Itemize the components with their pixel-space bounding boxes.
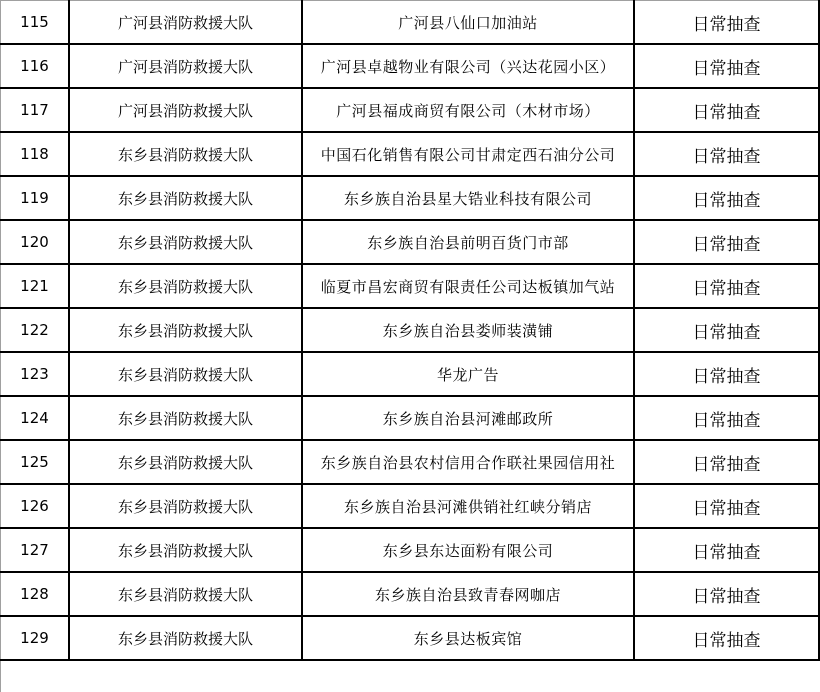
inspected-entity: 中国石化销售有限公司甘肃定西石油分公司	[302, 132, 634, 176]
brigade-unit: 东乡县消防救援大队	[69, 176, 302, 220]
inspection-type: 日常抽查	[634, 440, 819, 484]
brigade-unit: 东乡县消防救援大队	[69, 396, 302, 440]
row-number: 124	[1, 396, 70, 440]
table-row: 119 东乡县消防救援大队 东乡族自治县星大锆业科技有限公司 日常抽查	[1, 176, 820, 220]
inspected-entity: 东乡族自治县前明百货门市部	[302, 220, 634, 264]
table-row: 127 东乡县消防救援大队 东乡县东达面粉有限公司 日常抽查	[1, 528, 820, 572]
inspection-type: 日常抽查	[634, 528, 819, 572]
inspected-entity: 东乡族自治县河滩邮政所	[302, 396, 634, 440]
inspected-entity: 华龙广告	[302, 352, 634, 396]
inspected-entity: 广河县八仙口加油站	[302, 1, 634, 45]
table-row: 116 广河县消防救援大队 广河县卓越物业有限公司（兴达花园小区） 日常抽查	[1, 44, 820, 88]
inspection-type: 日常抽查	[634, 484, 819, 528]
table-row: 122 东乡县消防救援大队 东乡族自治县娄师装潢铺 日常抽查	[1, 308, 820, 352]
table-row: 128 东乡县消防救援大队 东乡族自治县致青春网咖店 日常抽查	[1, 572, 820, 616]
brigade-unit: 东乡县消防救援大队	[69, 352, 302, 396]
table-row: 118 东乡县消防救援大队 中国石化销售有限公司甘肃定西石油分公司 日常抽查	[1, 132, 820, 176]
row-number: 117	[1, 88, 70, 132]
inspection-table: 115 广河县消防救援大队 广河县八仙口加油站 日常抽查 116 广河县消防救援…	[0, 0, 820, 661]
inspection-type: 日常抽查	[634, 176, 819, 220]
brigade-unit: 东乡县消防救援大队	[69, 484, 302, 528]
table-body: 115 广河县消防救援大队 广河县八仙口加油站 日常抽查 116 广河县消防救援…	[1, 1, 820, 661]
table-row: 115 广河县消防救援大队 广河县八仙口加油站 日常抽查	[1, 1, 820, 45]
inspection-type: 日常抽查	[634, 44, 819, 88]
row-number: 125	[1, 440, 70, 484]
table-row: 120 东乡县消防救援大队 东乡族自治县前明百货门市部 日常抽查	[1, 220, 820, 264]
inspected-entity: 临夏市昌宏商贸有限责任公司达板镇加气站	[302, 264, 634, 308]
inspected-entity: 东乡族自治县娄师装潢铺	[302, 308, 634, 352]
inspection-type: 日常抽查	[634, 1, 819, 45]
inspected-entity: 东乡族自治县致青春网咖店	[302, 572, 634, 616]
table-row: 129 东乡县消防救援大队 东乡县达板宾馆 日常抽查	[1, 616, 820, 660]
row-number: 127	[1, 528, 70, 572]
inspection-type: 日常抽查	[634, 132, 819, 176]
inspected-entity: 东乡族自治县河滩供销社红峡分销店	[302, 484, 634, 528]
inspection-type: 日常抽查	[634, 352, 819, 396]
brigade-unit: 东乡县消防救援大队	[69, 132, 302, 176]
brigade-unit: 东乡县消防救援大队	[69, 440, 302, 484]
brigade-unit: 东乡县消防救援大队	[69, 528, 302, 572]
table-row: 126 东乡县消防救援大队 东乡族自治县河滩供销社红峡分销店 日常抽查	[1, 484, 820, 528]
row-number: 128	[1, 572, 70, 616]
inspected-entity: 东乡县达板宾馆	[302, 616, 634, 660]
row-number: 120	[1, 220, 70, 264]
inspection-type: 日常抽查	[634, 308, 819, 352]
inspected-entity: 东乡族自治县农村信用合作联社果园信用社	[302, 440, 634, 484]
inspection-type: 日常抽查	[634, 396, 819, 440]
row-number: 129	[1, 616, 70, 660]
inspection-type: 日常抽查	[634, 88, 819, 132]
brigade-unit: 东乡县消防救援大队	[69, 572, 302, 616]
brigade-unit: 广河县消防救援大队	[69, 1, 302, 45]
inspected-entity: 东乡县东达面粉有限公司	[302, 528, 634, 572]
inspection-type: 日常抽查	[634, 616, 819, 660]
brigade-unit: 东乡县消防救援大队	[69, 616, 302, 660]
brigade-unit: 广河县消防救援大队	[69, 88, 302, 132]
brigade-unit: 广河县消防救援大队	[69, 44, 302, 88]
table-row: 117 广河县消防救援大队 广河县福成商贸有限公司（木材市场） 日常抽查	[1, 88, 820, 132]
inspection-type: 日常抽查	[634, 572, 819, 616]
inspected-entity: 广河县福成商贸有限公司（木材市场）	[302, 88, 634, 132]
table-row: 125 东乡县消防救援大队 东乡族自治县农村信用合作联社果园信用社 日常抽查	[1, 440, 820, 484]
row-number: 115	[1, 1, 70, 45]
row-number: 121	[1, 264, 70, 308]
row-number: 118	[1, 132, 70, 176]
inspection-type: 日常抽查	[634, 220, 819, 264]
row-number: 122	[1, 308, 70, 352]
row-number: 116	[1, 44, 70, 88]
brigade-unit: 东乡县消防救援大队	[69, 220, 302, 264]
row-number: 119	[1, 176, 70, 220]
row-number: 126	[1, 484, 70, 528]
brigade-unit: 东乡县消防救援大队	[69, 264, 302, 308]
inspected-entity: 东乡族自治县星大锆业科技有限公司	[302, 176, 634, 220]
table-row: 121 东乡县消防救援大队 临夏市昌宏商贸有限责任公司达板镇加气站 日常抽查	[1, 264, 820, 308]
table-row: 123 东乡县消防救援大队 华龙广告 日常抽查	[1, 352, 820, 396]
brigade-unit: 东乡县消防救援大队	[69, 308, 302, 352]
table-row: 124 东乡县消防救援大队 东乡族自治县河滩邮政所 日常抽查	[1, 396, 820, 440]
row-number: 123	[1, 352, 70, 396]
inspected-entity: 广河县卓越物业有限公司（兴达花园小区）	[302, 44, 634, 88]
inspection-type: 日常抽查	[634, 264, 819, 308]
